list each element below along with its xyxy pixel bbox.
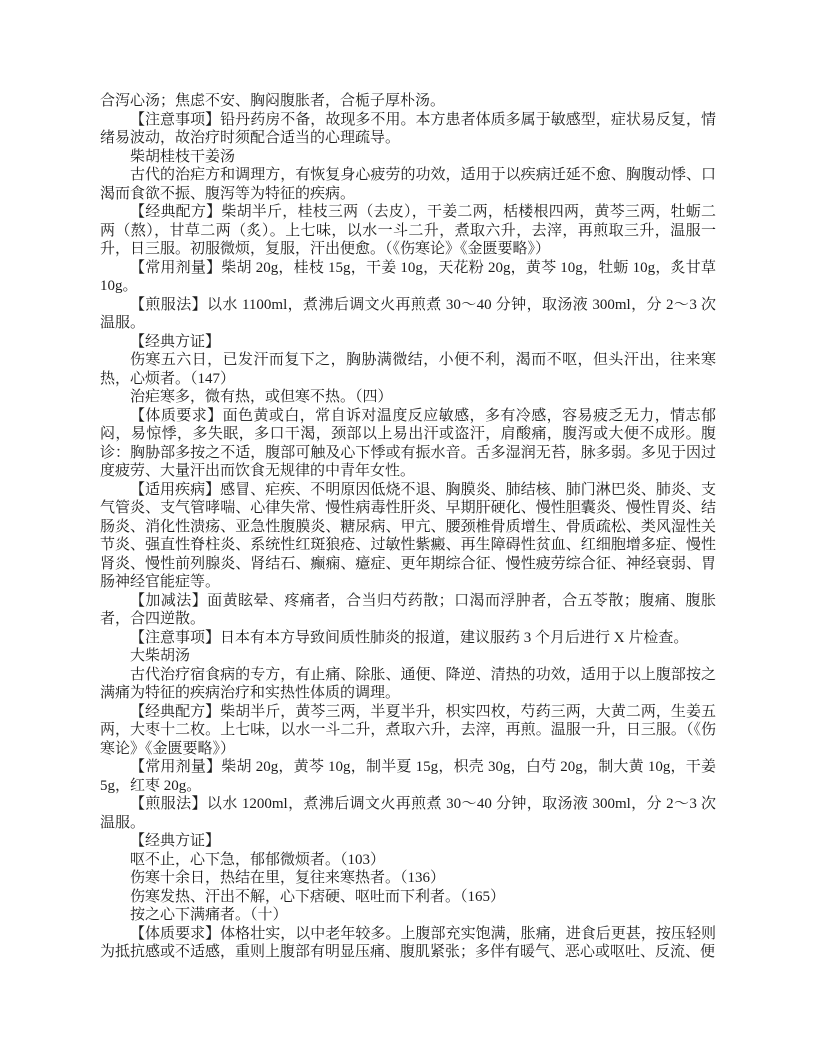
paragraph-indication-10: 按之心下满痛者。（十） (100, 906, 716, 925)
document-body: 合泻心汤；焦虑不安、胸闷腹胀者，合栀子厚朴汤。 【注意事项】铅丹药房不备，故现多… (100, 92, 716, 962)
paragraph-indication-136: 伤寒十余日，热结在里，复往来寒热者。（136） (100, 869, 716, 888)
section-heading-da-chaihu-tang: 大柴胡汤 (100, 647, 716, 666)
section-heading-chaihu-guizhi-ganjiang-tang: 柴胡桂枝干姜汤 (100, 148, 716, 167)
paragraph-modifications: 【加减法】面黄眩晕、疼痛者，合当归芍药散；口渴而浮肿者，合五苓散；腹痛、腹胀者，… (100, 592, 716, 629)
paragraph-applicable-diseases: 【适用疾病】感冒、疟疾、不明原因低烧不退、胸膜炎、肺结核、肺门淋巴炎、肺炎、支气… (100, 481, 716, 592)
paragraph-indication-165: 伤寒发热、汗出不解，心下痞硬、呕吐而下利者。（165） (100, 888, 716, 907)
paragraph-notes-2: 【注意事项】日本有本方导致间质性肺炎的报道，建议服药 3 个月后进行 X 片检查… (100, 629, 716, 648)
paragraph-constitution-2: 【体质要求】体格壮实，以中老年较多。上腹部充实饱满，胀痛，进食后更甚，按压轻则为… (100, 925, 716, 962)
paragraph-classic-indications-header-2: 【经典方证】 (100, 832, 716, 851)
paragraph-continuation: 合泻心汤；焦虑不安、胸闷腹胀者，合栀子厚朴汤。 (100, 92, 716, 111)
paragraph-constitution: 【体质要求】面色黄或白，常自诉对温度反应敏感，多有冷感，容易疲乏无力，情志郁闷，… (100, 407, 716, 481)
paragraph-decoction-method-2: 【煎服法】以水 1200ml，煮沸后调文火再煎煮 30～40 分钟，取汤液 30… (100, 795, 716, 832)
paragraph-classic-formula-2: 【经典配方】柴胡半斤，黄芩三两，半夏半升，枳实四枚，芍药三两，大黄二两，生姜五两… (100, 703, 716, 759)
paragraph-indication-147: 伤寒五六日，已发汗而复下之，胸胁满微结，小便不利，渴而不呕，但头汗出，往来寒热，… (100, 351, 716, 388)
paragraph-intro: 古代的治疟方和调理方，有恢复身心疲劳的功效，适用于以疾病迁延不愈、胸腹动悸、口渴… (100, 166, 716, 203)
paragraph-indication-103: 呕不止，心下急，郁郁微烦者。（103） (100, 851, 716, 870)
paragraph-decoction-method: 【煎服法】以水 1100ml，煮沸后调文火再煎煮 30～40 分钟，取汤液 30… (100, 296, 716, 333)
paragraph-common-dosage: 【常用剂量】柴胡 20g，桂枝 15g，干姜 10g，天花粉 20g，黄芩 10… (100, 259, 716, 296)
document-page: 合泻心汤；焦虑不安、胸闷腹胀者，合栀子厚朴汤。 【注意事项】铅丹药房不备，故现多… (0, 0, 816, 1056)
paragraph-classic-formula: 【经典配方】柴胡半斤，桂枝三两（去皮），干姜二两，栝楼根四两，黄芩三两，牡蛎二两… (100, 203, 716, 259)
paragraph-common-dosage-2: 【常用剂量】柴胡 20g，黄芩 10g，制半夏 15g，枳壳 30g，白芍 20… (100, 758, 716, 795)
paragraph-intro-2: 古代治疗宿食病的专方，有止痛、除胀、通便、降逆、清热的功效，适用于以上腹部按之满… (100, 666, 716, 703)
paragraph-indication-4: 治疟寒多，微有热，或但寒不热。（四） (100, 388, 716, 407)
paragraph-notes: 【注意事项】铅丹药房不备，故现多不用。本方患者体质多属于敏感型，症状易反复，情绪… (100, 111, 716, 148)
paragraph-classic-indications-header: 【经典方证】 (100, 333, 716, 352)
